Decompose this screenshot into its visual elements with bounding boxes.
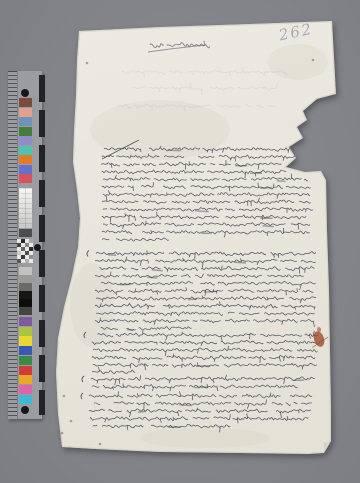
ink-accent — [204, 291, 216, 292]
paper-sheet — [56, 21, 336, 454]
photo-background: 262 — [0, 0, 360, 483]
paper-stain — [140, 428, 270, 448]
paper-stain — [268, 44, 328, 80]
ink-accent — [260, 188, 272, 189]
ink-accent — [263, 226, 274, 227]
ink-accent — [147, 277, 157, 278]
foxing-spot — [70, 420, 73, 423]
manuscript-page — [0, 0, 360, 483]
ink-accent — [179, 405, 191, 406]
paper-stain — [90, 100, 230, 160]
ink-accent — [108, 255, 116, 256]
corner-fold — [324, 443, 332, 454]
foxing-spot — [63, 395, 66, 398]
ink-accent — [152, 270, 163, 271]
ink-accent — [195, 211, 209, 212]
foxing-spot — [61, 432, 64, 435]
ink-accent — [195, 387, 208, 388]
foxing-spot — [86, 62, 89, 65]
foxing-spot — [99, 443, 102, 446]
ink-accent — [138, 411, 146, 412]
foxing-spot — [312, 59, 315, 62]
ink-accent — [120, 284, 131, 285]
ink-accent — [234, 262, 246, 263]
ink-accent — [277, 181, 286, 182]
ink-accent — [188, 299, 197, 300]
